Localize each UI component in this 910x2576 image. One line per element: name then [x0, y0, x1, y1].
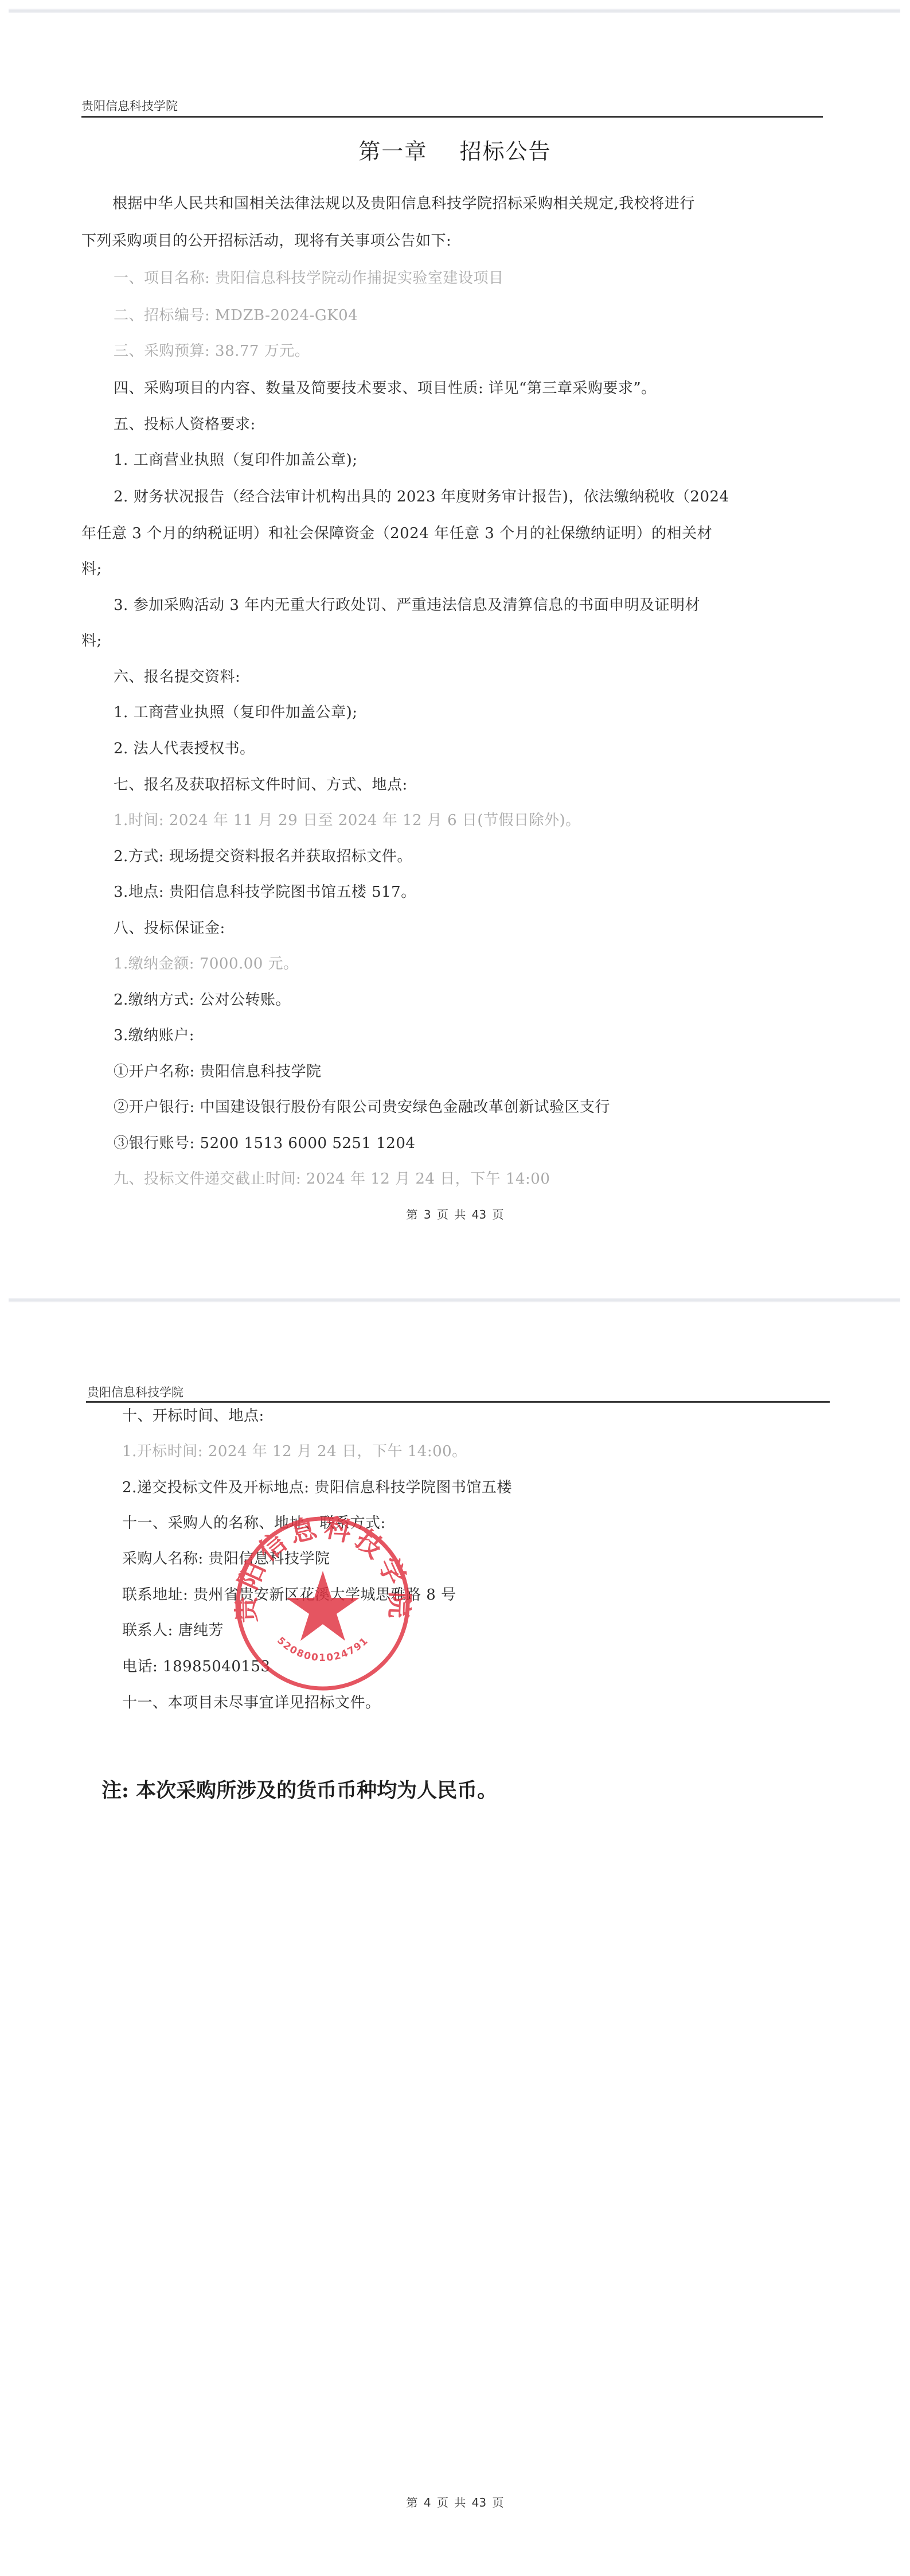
page-number: 第 4 页 共 43 页: [0, 2497, 910, 2508]
text-line: 十一、采购人的名称、地址、联系方式:: [122, 1516, 386, 1531]
page-top-edge: [9, 9, 900, 13]
text-line: 六、报名提交资料:: [114, 670, 240, 684]
text-line: ②开户银行: 中国建设银行股份有限公司贵安绿色金融改革创新试验区支行: [114, 1100, 610, 1115]
text-line: 2. 财务状况报告（经合法审计机构出具的 2023 年度财务审计报告)，依法缴纳…: [114, 489, 729, 504]
text-line: 联系地址: 贵州省贵安新区花溪大学城思雅路 8 号: [122, 1587, 456, 1602]
text-line: 电话: 18985040153: [122, 1659, 271, 1674]
text-line: 3.地点: 贵阳信息科技学院图书馆五楼 517。: [114, 885, 416, 900]
text-line: 1.时间: 2024 年 11 月 29 日至 2024 年 12 月 6 日(…: [114, 813, 581, 828]
text-line: 下列采购项目的公开招标活动，现将有关事项公告如下:: [81, 234, 451, 248]
text-line: 1. 工商营业执照（复印件加盖公章);: [114, 705, 357, 720]
text-line: 四、采购项目的内容、数量及简要技术要求、项目性质: 详见“第三章采购要求”。: [114, 381, 657, 396]
text-line: 九、投标文件递交截止时间: 2024 年 12 月 24 日，下午 14:00: [114, 1172, 550, 1186]
text-line: 十一、本项目未尽事宜详见招标文件。: [122, 1695, 381, 1710]
text-line: 2.方式: 现场提交资料报名并获取招标文件。: [114, 849, 412, 864]
text-line: 1. 工商营业执照（复印件加盖公章);: [114, 453, 357, 468]
header-rule: [86, 1401, 830, 1403]
text-line: ①开户名称: 贵阳信息科技学院: [114, 1064, 322, 1079]
text-line: 2. 法人代表授权书。: [114, 741, 255, 756]
svg-text:5208001024791: 5208001024791: [275, 1635, 371, 1664]
star-icon: [286, 1571, 360, 1641]
text-line: 1.开标时间: 2024 年 12 月 24 日，下午 14:00。: [122, 1444, 467, 1459]
running-header: 贵阳信息科技学院: [81, 100, 178, 112]
page-separator: [9, 1298, 900, 1302]
chapter-title: 第一章 招标公告: [0, 141, 910, 162]
text-line: 根据中华人民共和国相关法律法规以及贵阳信息科技学院招标采购相关规定,我校将进行: [112, 196, 695, 211]
text-line: 3. 参加采购活动 3 年内无重大行政处罚、严重违法信息及清算信息的书面申明及证…: [114, 598, 700, 613]
header-rule: [81, 116, 823, 118]
text-line: 三、采购预算: 38.77 万元。: [114, 344, 310, 359]
text-line: 十、开标时间、地点:: [122, 1408, 264, 1423]
text-line: 采购人名称: 贵阳信息科技学院: [122, 1551, 330, 1566]
text-line: 年任意 3 个月的纳税证明）和社会保障资金（2024 年任意 3 个月的社保缴纳…: [81, 526, 712, 541]
text-line: 七、报名及获取招标文件时间、方式、地点:: [114, 777, 408, 792]
text-line: 料;: [81, 562, 102, 577]
text-line: 五、投标人资格要求:: [114, 417, 256, 432]
text-line: 2.缴纳方式: 公对公转账。: [114, 993, 291, 1007]
seal-number: 5208001024791: [275, 1635, 371, 1664]
page-number: 第 3 页 共 43 页: [0, 1209, 910, 1220]
text-line: ③银行账号: 5200 1513 6000 5251 1204: [114, 1136, 415, 1151]
text-line: 料;: [81, 633, 102, 648]
text-line: 联系人: 唐纯芳: [122, 1623, 224, 1638]
currency-note: 注: 本次采购所涉及的货币币种均为人民币。: [101, 1781, 497, 1801]
text-line: 二、招标编号: MDZB-2024-GK04: [114, 308, 358, 323]
text-line: 一、项目名称: 贵阳信息科技学院动作捕捉实验室建设项目: [114, 271, 504, 286]
running-header: 贵阳信息科技学院: [87, 1387, 183, 1399]
text-line: 2.递交投标文件及开标地点: 贵阳信息科技学院图书馆五楼: [122, 1480, 512, 1495]
text-line: 八、投标保证金:: [114, 921, 225, 936]
text-line: 3.缴纳账户:: [114, 1028, 194, 1043]
text-line: 1.缴纳金额: 7000.00 元。: [114, 956, 299, 971]
